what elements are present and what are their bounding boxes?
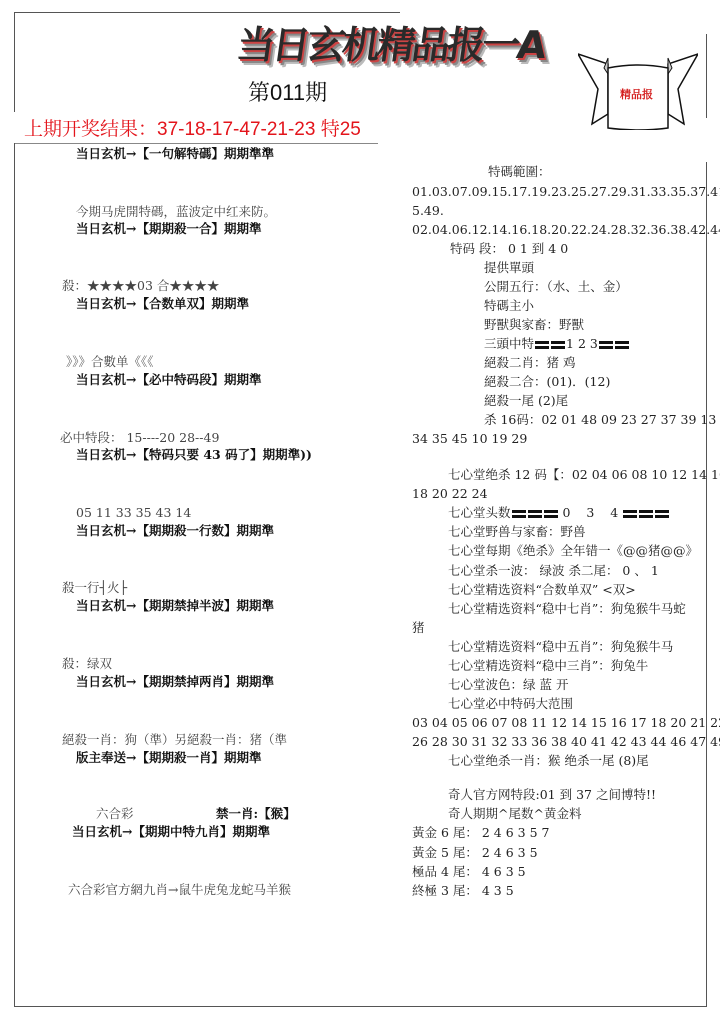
last-draw-result: 上期开奖结果：37-18-17-47-21-23 特25 [24, 114, 361, 141]
right-line-17-label: 七心堂头数 [448, 505, 511, 520]
right-line-22: 七心堂精选资料“稳中七肖”：狗兔猴牛马蛇 [448, 601, 686, 617]
left-line-12: 当日玄机→【期期禁掉半波】期期準 [76, 598, 274, 614]
right-line-35: 極品 4 尾： 4 6 3 5 [412, 864, 526, 880]
right-line-26: 七心堂波色：绿 蓝 开 [448, 677, 568, 693]
frame-right-line-top [706, 34, 707, 118]
left-line-0: 当日玄机→【一句解特碼】期期準準 [76, 146, 274, 162]
right-line-34: 黃金 5 尾： 2 4 6 3 5 [412, 845, 538, 861]
right-line-9-value: 1 2 3 [566, 336, 598, 351]
right-line-18: 七心堂野兽与家畜：野兽 [448, 524, 586, 540]
right-line-8: 野獸與家畜：野獸 [484, 317, 584, 333]
page-title: 当日玄机精品报一A [234, 14, 581, 64]
left-line-3: 殺：★★★★03 合★★★★ [62, 278, 219, 294]
right-line-3: 02.04.06.12.14.16.18.20.22.24.28.32.36.3… [412, 222, 720, 238]
left-line-7: 必中特段： 15----20 28--49 [60, 430, 219, 446]
right-line-10: 絕殺二肖：猪 鸡 [484, 355, 575, 371]
left-line-15: 絕殺一肖：狗（準）另絕殺一肖：猪（準 [62, 732, 287, 748]
bar-icon [639, 510, 653, 518]
right-line-19: 七心堂每期《绝杀》全年错一《@@猪@@》 [448, 543, 698, 559]
left-line-2: 当日玄机→【期期殺一合】期期準 [76, 221, 261, 237]
right-line-32: 奇人期期^尾数^黄金料 [448, 806, 581, 822]
left-line-16: 版主奉送→【期期殺一肖】期期準 [76, 750, 261, 766]
bar-icon [535, 341, 549, 349]
right-line-0: 特碼範圍： [488, 164, 551, 180]
frame-bottom-line [14, 1006, 707, 1007]
right-line-33: 黃金 6 尾： 2 4 6 3 5 7 [412, 825, 549, 841]
right-line-17-value: 0 3 4 [563, 505, 619, 520]
right-line-16: 18 20 22 24 [412, 486, 488, 502]
right-line-9: 三頭中特1 2 3 [484, 336, 630, 352]
bar-icon [512, 510, 526, 518]
frame-left-line [14, 143, 15, 1007]
right-line-25: 七心堂精选资料“稳中三肖”：狗兔牛 [448, 658, 648, 674]
content-top-line [14, 143, 378, 144]
bar-icon [655, 510, 669, 518]
left-line-1: 今期马虎開特碼，蓝波定中红来防。 [76, 204, 276, 220]
right-line-2: 5.49. [412, 203, 444, 219]
frame-top-line [14, 12, 400, 13]
right-line-14: 34 35 45 10 19 29 [412, 431, 527, 447]
bar-icon [623, 510, 637, 518]
left-line-20: 六合彩官方網九肖→鼠牛虎兔龙蛇马羊猴 [68, 882, 291, 898]
left-line-10: 当日玄机→【期期殺一行数】期期準 [76, 523, 274, 539]
left-line-6: 当日玄机→【必中特码段】期期準 [76, 372, 261, 388]
left-line-17: 六合彩 [96, 806, 134, 822]
left-line-13: 殺：绿双 [62, 656, 112, 672]
bar-icon [599, 341, 613, 349]
left-line-5: 》》》合數单《《《 [66, 354, 154, 370]
right-line-7: 特碼主小 [484, 298, 534, 314]
right-line-31: 奇人官方网特段:01 到 37 之间博特!! [448, 787, 656, 803]
right-line-13: 杀 16码：02 01 48 09 23 27 37 39 13 24 [484, 412, 720, 428]
left-line-4: 当日玄机→【合数单双】期期準 [76, 296, 249, 312]
right-line-23: 猪 [412, 620, 425, 636]
right-line-28: 03 04 05 06 07 08 11 12 14 15 16 17 18 2… [412, 715, 720, 731]
frame-left-line-top [14, 12, 15, 112]
right-line-21: 七心堂精选资料“合数单双” <双> [448, 582, 636, 598]
right-line-27: 七心堂必中特码大范围 [448, 696, 573, 712]
bar-icon [615, 341, 629, 349]
right-line-15: 七心堂绝杀 12 码【：02 04 06 08 10 12 14 16 [448, 467, 720, 483]
left-line-11: 殺一行┤火├ [62, 580, 127, 596]
left-line-19: 当日玄机→【期期中特九肖】期期準 [72, 824, 270, 840]
right-line-24: 七心堂精选资料“稳中五肖”：狗兔猴牛马 [448, 639, 673, 655]
frame-right-line [706, 162, 707, 1007]
bar-icon [544, 510, 558, 518]
right-line-36: 終極 3 尾： 4 3 5 [412, 883, 514, 899]
right-line-11: 絕殺二合：(01)．(12) [484, 374, 610, 390]
right-line-30: 七心堂绝杀一肖：猴 绝杀一尾 (8)尾 [448, 753, 649, 769]
right-line-17: 七心堂头数 0 3 4 [448, 505, 670, 521]
right-line-4: 特码 段： 0 1 到 4 0 [450, 241, 568, 257]
left-line-8: 当日玄机→【特码只要 43 码了】期期準)) [76, 447, 312, 463]
right-line-20: 七心堂杀一波： 绿波 杀二尾： 0 、 1 [448, 563, 659, 579]
ribbon-label: 精品报 [620, 86, 653, 102]
bar-icon [528, 510, 542, 518]
left-line-9: 05 11 33 35 43 14 [76, 505, 191, 521]
right-line-9-label: 三頭中特 [484, 336, 534, 351]
bar-icon [551, 341, 565, 349]
issue-number: 第011期 [248, 76, 327, 107]
left-line-18: 禁一肖:【猴】 [216, 806, 296, 822]
right-line-6: 公開五行：（水、土、金） [484, 279, 628, 295]
right-line-29: 26 28 30 31 32 33 36 38 40 41 42 43 44 4… [412, 734, 720, 750]
left-line-14: 当日玄机→【期期禁掉两肖】期期準 [76, 674, 274, 690]
right-line-12: 絕殺一尾 (2)尾 [484, 393, 568, 409]
right-line-5: 提供單頭 [484, 260, 534, 276]
right-line-1: 01.03.07.09.15.17.19.23.25.27.29.31.33.3… [412, 184, 720, 200]
